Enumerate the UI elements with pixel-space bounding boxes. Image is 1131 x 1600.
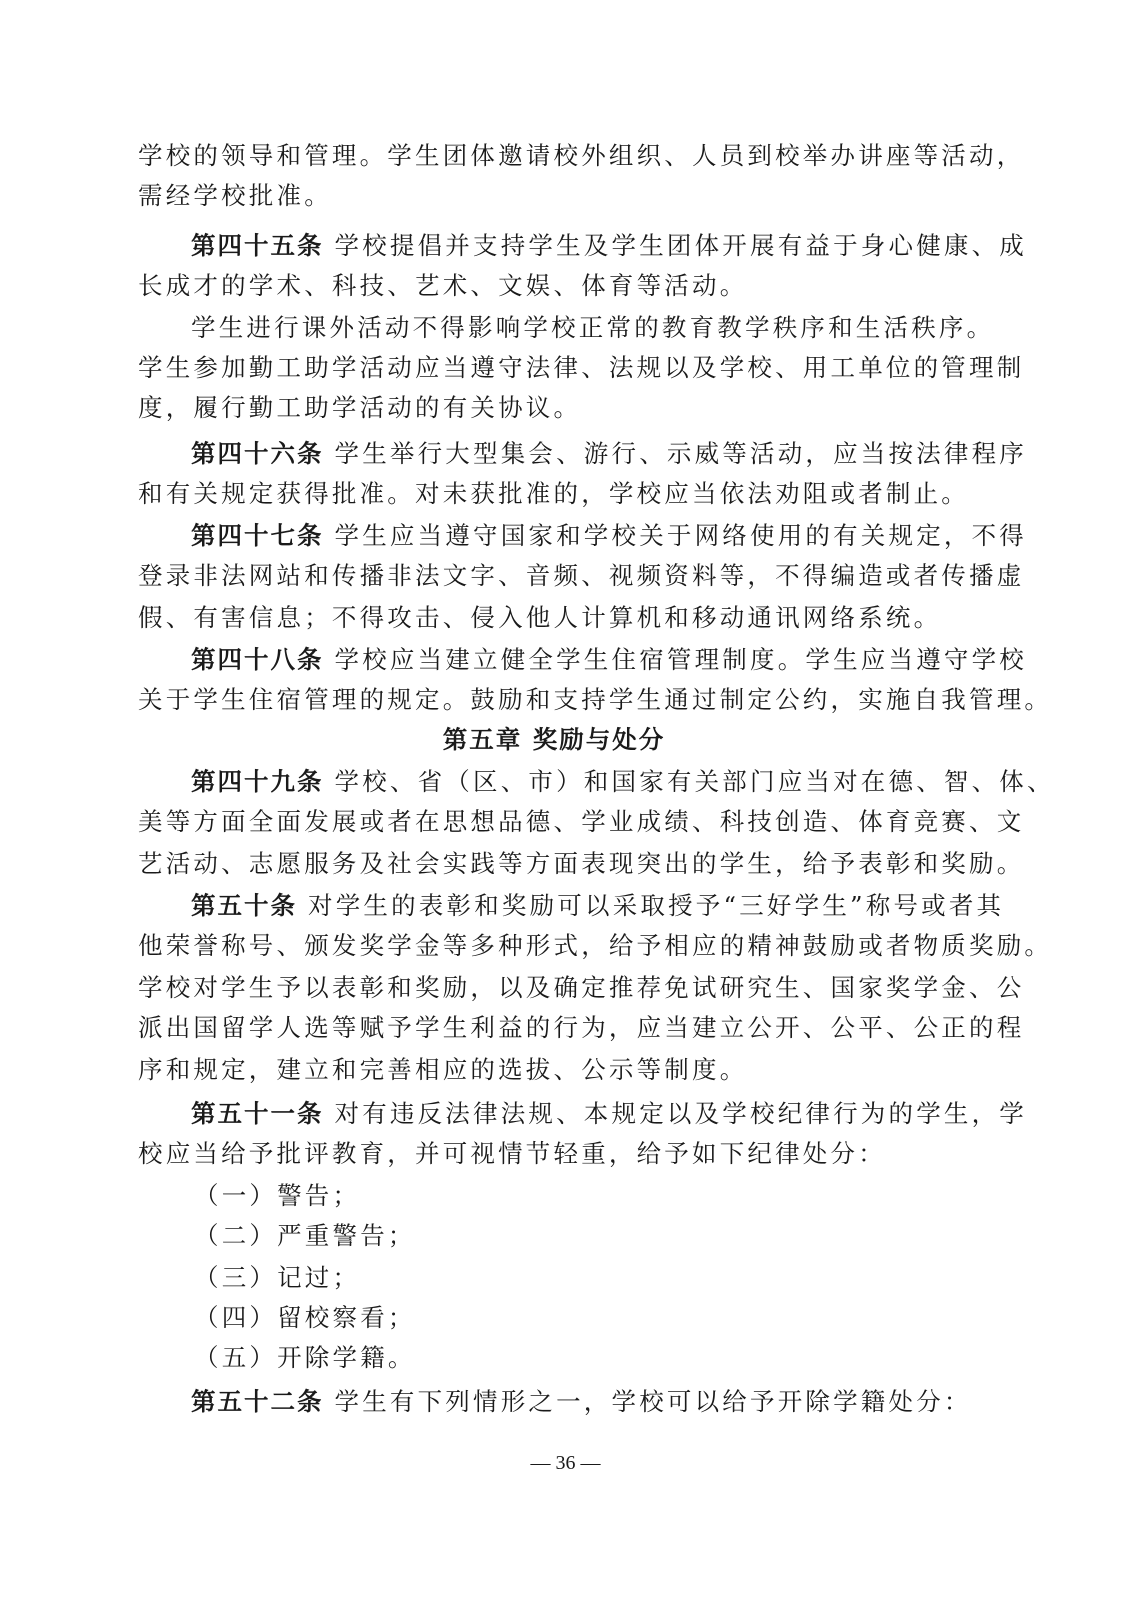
paragraph-line: 派出国留学人选等赋予学生利益的行为，应当建立公开、公平、公正的程 [138, 1010, 1024, 1046]
line-text: 学校应当建立健全学生住宿管理制度。学生应当遵守学校 [335, 645, 1028, 674]
paragraph-line: 艺活动、志愿服务及社会实践等方面表现突出的学生，给予表彰和奖励。 [138, 846, 1024, 882]
article-51: 第五十一条 对有违反法律法规、本规定以及学校纪律行为的学生，学 [191, 1096, 1027, 1132]
line-text: 序和规定，建立和完善相应的选拔、公示等制度。 [138, 1055, 747, 1084]
paragraph-line: 需经学校批准。 [138, 178, 332, 214]
paragraph-line: 学校对学生予以表彰和奖励，以及确定推荐免试研究生、国家奖学金、公 [138, 970, 1024, 1006]
article-47: 第四十七条 学生应当遵守国家和学校关于网络使用的有关规定，不得 [191, 518, 1027, 554]
article-label: 第四十九条 [191, 767, 324, 796]
paragraph-line: 他荣誉称号、颁发奖学金等多种形式，给予相应的精神鼓励或者物质奖励。 [138, 928, 1052, 964]
line-text: 学生参加勤工助学活动应当遵守法律、法规以及学校、用工单位的管理制 [138, 353, 1024, 382]
line-text: 学生应当遵守国家和学校关于网络使用的有关规定，不得 [335, 521, 1028, 550]
sanction-item: （四）留校察看； [194, 1300, 416, 1336]
paragraph-line: 关于学生住宿管理的规定。鼓励和支持学生通过制定公约，实施自我管理。 [138, 682, 1052, 718]
sanction-item: （一）警告； [194, 1178, 360, 1214]
line-text: 校应当给予批评教育，并可视情节轻重，给予如下纪律处分： [138, 1139, 886, 1168]
line-text: 度，履行勤工助学活动的有关协议。 [138, 393, 581, 422]
article-48: 第四十八条 学校应当建立健全学生住宿管理制度。学生应当遵守学校 [191, 642, 1027, 678]
page-number: — 36 — [0, 1452, 1131, 1475]
line-text: 学生有下列情形之一，学校可以给予开除学籍处分： [335, 1387, 972, 1416]
paragraph-line: 学生参加勤工助学活动应当遵守法律、法规以及学校、用工单位的管理制 [138, 350, 1024, 386]
sanction-item: （三）记过； [194, 1260, 360, 1296]
paragraph-line: 校应当给予批评教育，并可视情节轻重，给予如下纪律处分： [138, 1136, 886, 1172]
article-label: 第四十六条 [191, 439, 324, 468]
sanction-item: （二）严重警告； [194, 1218, 416, 1254]
paragraph-line: 序和规定，建立和完善相应的选拔、公示等制度。 [138, 1052, 747, 1088]
line-text: 学校的领导和管理。学生团体邀请校外组织、人员到校举办讲座等活动， [138, 141, 1024, 170]
line-text: 他荣誉称号、颁发奖学金等多种形式，给予相应的精神鼓励或者物质奖励。 [138, 931, 1052, 960]
line-text: 长成才的学术、科技、艺术、文娱、体育等活动。 [138, 271, 747, 300]
article-label: 第四十八条 [191, 645, 324, 674]
line-text: 学生进行课外活动不得影响学校正常的教育教学秩序和生活秩序。 [191, 313, 994, 342]
sanction-item: （五）开除学籍。 [194, 1340, 416, 1376]
line-text: 美等方面全面发展或者在思想品德、学业成绩、科技创造、体育竞赛、文 [138, 807, 1024, 836]
line-text: 学生举行大型集会、游行、示威等活动，应当按法律程序 [335, 439, 1028, 468]
article-49: 第四十九条 学校、省（区、市）和国家有关部门应当对在德、智、体、 [191, 764, 1055, 800]
paragraph-line: 长成才的学术、科技、艺术、文娱、体育等活动。 [138, 268, 747, 304]
article-label: 第五十二条 [191, 1387, 324, 1416]
line-text: 假、有害信息；不得攻击、侵入他人计算机和移动通讯网络系统。 [138, 603, 941, 632]
paragraph-line: 美等方面全面发展或者在思想品德、学业成绩、科技创造、体育竞赛、文 [138, 804, 1024, 840]
article-52: 第五十二条 学生有下列情形之一，学校可以给予开除学籍处分： [191, 1384, 972, 1420]
paragraph-line: 学校的领导和管理。学生团体邀请校外组织、人员到校举办讲座等活动， [138, 138, 1024, 174]
paragraph-line: 度，履行勤工助学活动的有关协议。 [138, 390, 581, 426]
article-46: 第四十六条 学生举行大型集会、游行、示威等活动，应当按法律程序 [191, 436, 1027, 472]
article-label: 第四十五条 [191, 231, 324, 260]
line-text: 派出国留学人选等赋予学生利益的行为，应当建立公开、公平、公正的程 [138, 1013, 1024, 1042]
paragraph-line: 假、有害信息；不得攻击、侵入他人计算机和移动通讯网络系统。 [138, 600, 941, 636]
chapter-title: 第五章 奖励与处分 [138, 722, 970, 758]
paragraph-line: 和有关规定获得批准。对未获批准的，学校应当依法劝阻或者制止。 [138, 476, 969, 512]
paragraph-line: 学生进行课外活动不得影响学校正常的教育教学秩序和生活秩序。 [191, 310, 994, 346]
article-label: 第四十七条 [191, 521, 324, 550]
paragraph-line: 登录非法网站和传播非法文字、音频、视频资料等，不得编造或者传播虚 [138, 558, 1024, 594]
line-text: 对有违反法律法规、本规定以及学校纪律行为的学生，学 [335, 1099, 1028, 1128]
article-label: 第五十条 [191, 891, 297, 920]
line-text: 需经学校批准。 [138, 181, 332, 210]
line-text: 学校、省（区、市）和国家有关部门应当对在德、智、体、 [335, 767, 1055, 796]
line-text: 和有关规定获得批准。对未获批准的，学校应当依法劝阻或者制止。 [138, 479, 969, 508]
line-text: 登录非法网站和传播非法文字、音频、视频资料等，不得编造或者传播虚 [138, 561, 1024, 590]
line-text: 关于学生住宿管理的规定。鼓励和支持学生通过制定公约，实施自我管理。 [138, 685, 1052, 714]
line-text: 对学生的表彰和奖励可以采取授予“三好学生”称号或者其 [308, 891, 1004, 920]
article-50: 第五十条 对学生的表彰和奖励可以采取授予“三好学生”称号或者其 [191, 888, 1004, 924]
article-45: 第四十五条 学校提倡并支持学生及学生团体开展有益于身心健康、成 [191, 228, 1027, 264]
line-text: 学校提倡并支持学生及学生团体开展有益于身心健康、成 [335, 231, 1028, 260]
line-text: 学校对学生予以表彰和奖励，以及确定推荐免试研究生、国家奖学金、公 [138, 973, 1024, 1002]
article-label: 第五十一条 [191, 1099, 324, 1128]
line-text: 艺活动、志愿服务及社会实践等方面表现突出的学生，给予表彰和奖励。 [138, 849, 1024, 878]
